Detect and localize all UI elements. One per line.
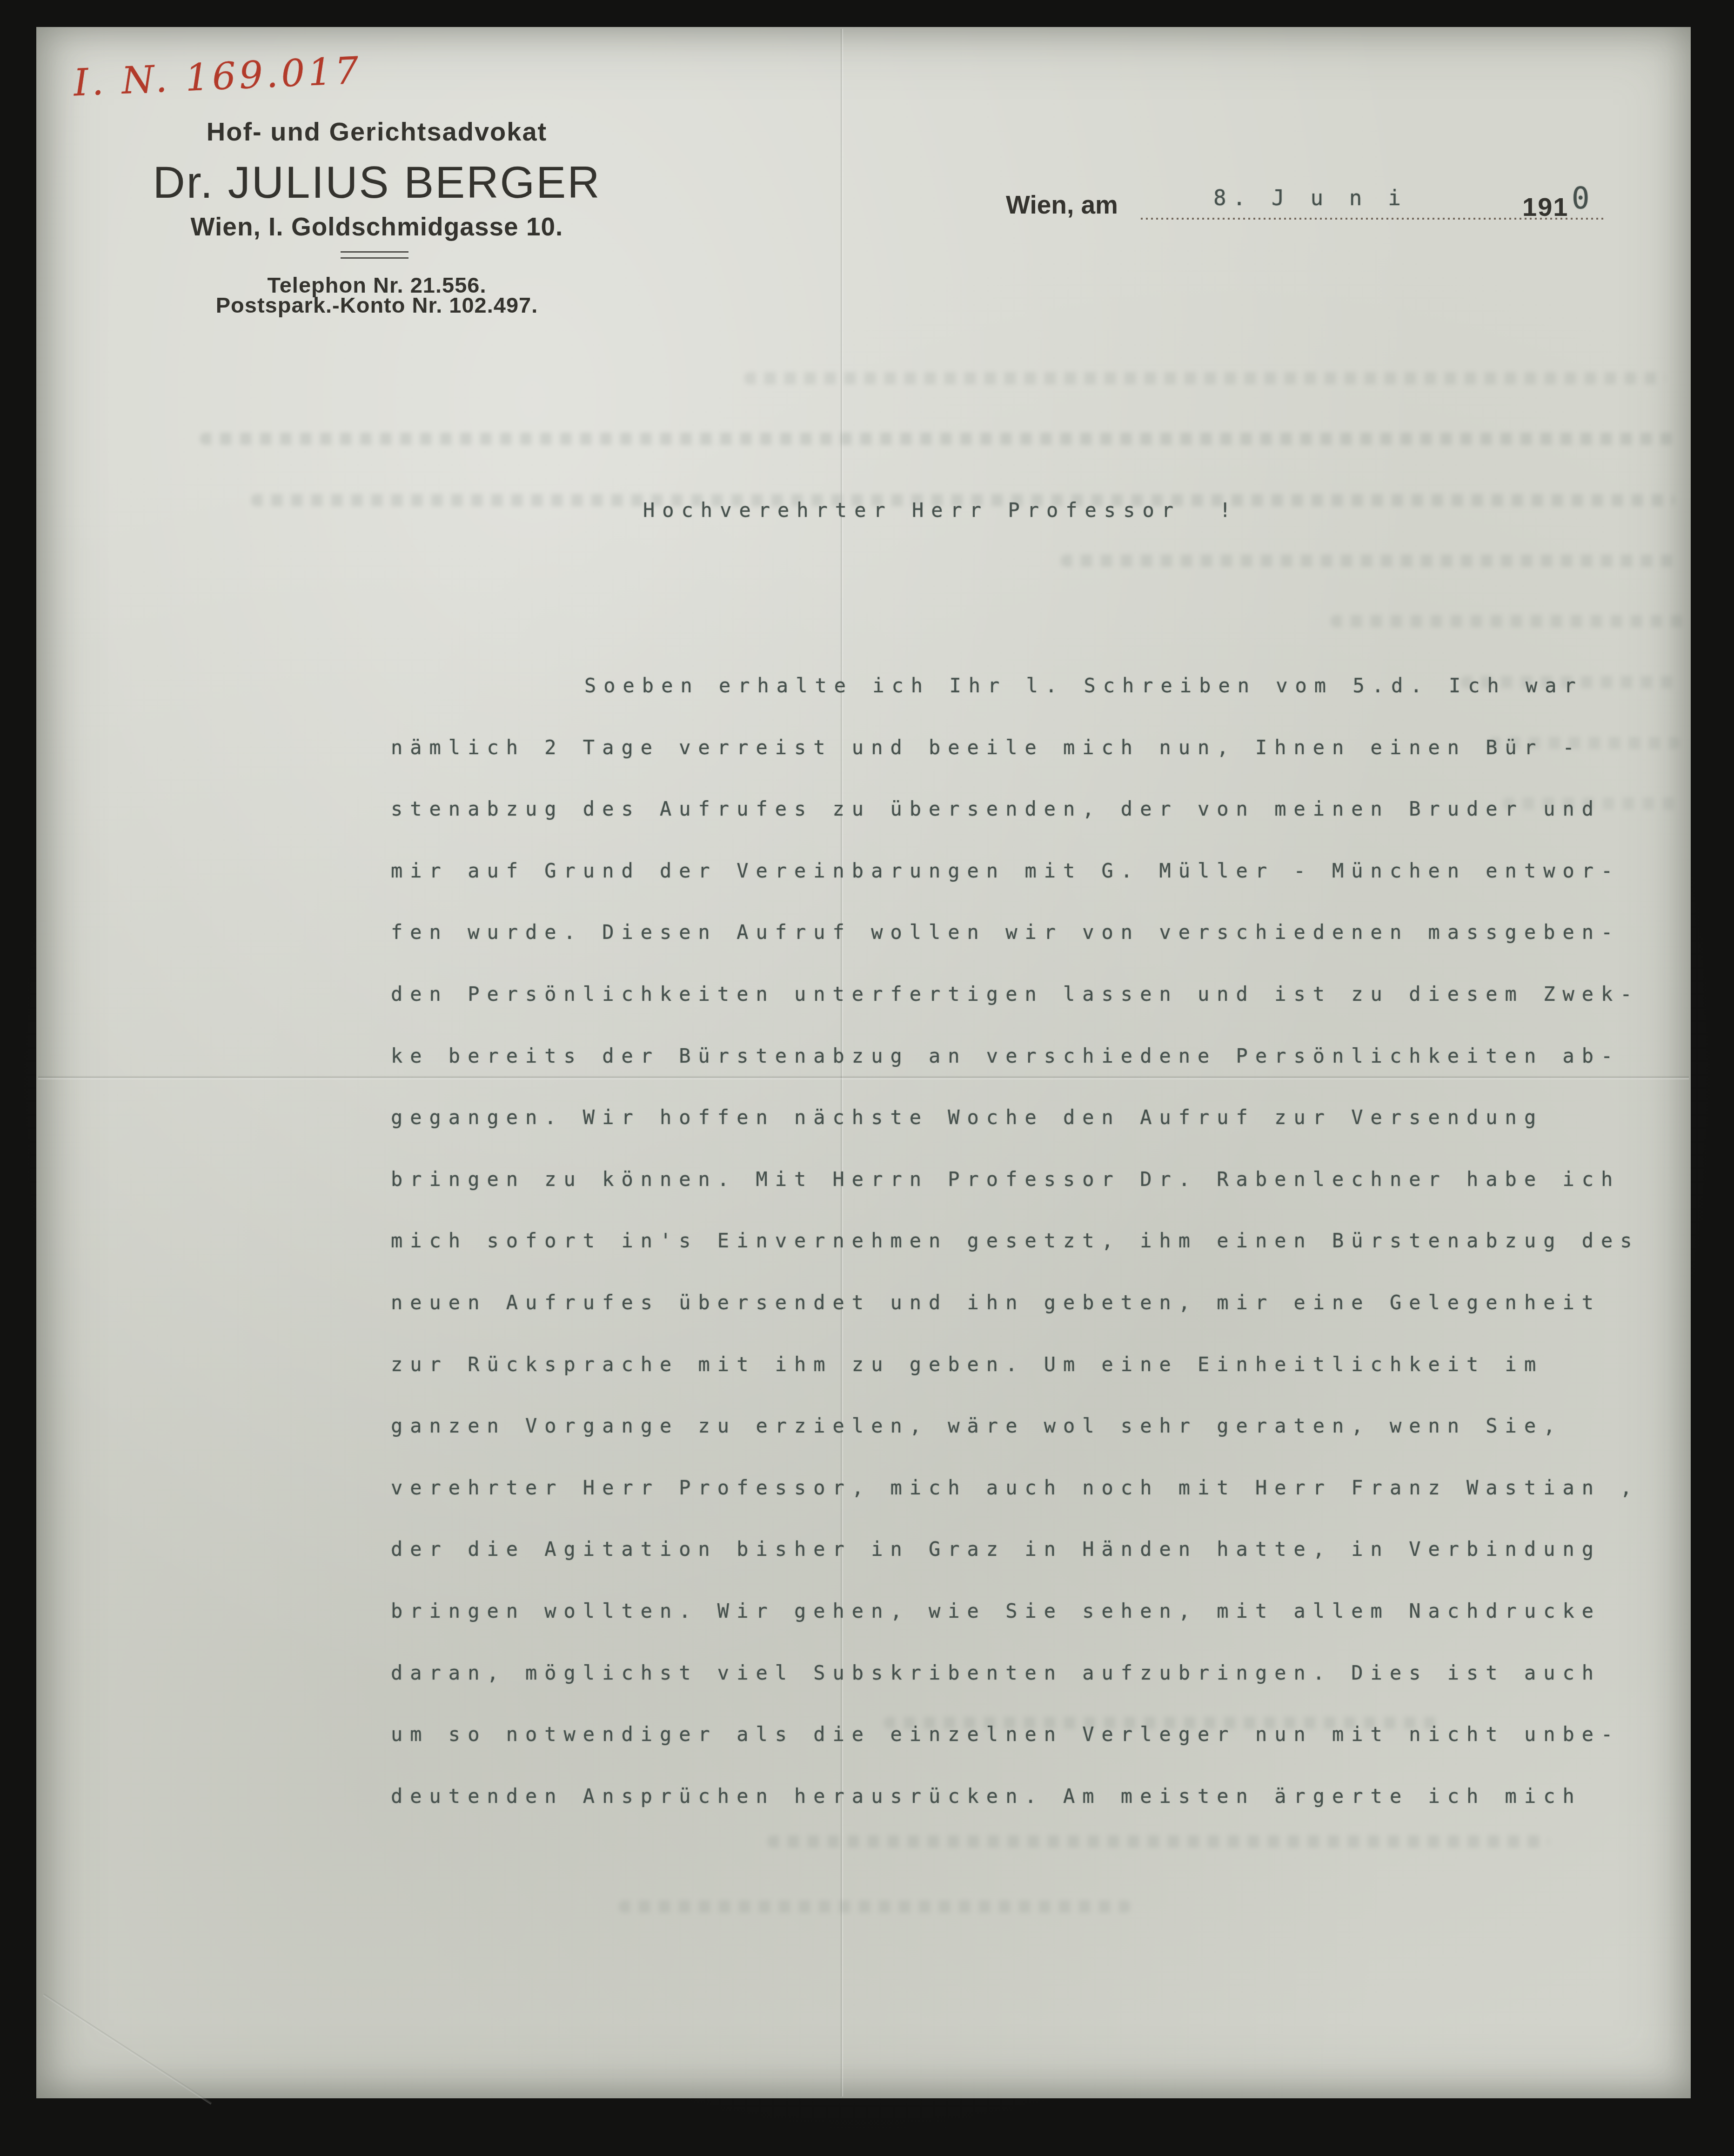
body-line: gegangen. Wir hoffen nächste Woche den A… xyxy=(391,1087,1675,1149)
body-line: deutenden Ansprüchen herausrücken. Am me… xyxy=(391,1766,1675,1828)
body-line: ke bereits der Bürstenabzug an verschied… xyxy=(391,1025,1675,1087)
body-line: fen wurde. Diesen Aufruf wollen wir von … xyxy=(391,902,1675,964)
salutation: Hochverehrter Herr Professor ! xyxy=(643,499,1239,522)
body-line: zur Rücksprache mit ihm zu geben. Um ein… xyxy=(391,1334,1675,1396)
letter-scan: I. N. 169.017 Hof- und Gerichtsadvokat D… xyxy=(0,0,1734,2156)
letter-body: Soeben erhalte ich Ihr l. Schreiben vom … xyxy=(391,655,1675,1827)
body-line: verehrter Herr Professor, mich auch noch… xyxy=(391,1457,1675,1519)
letterhead-address: Wien, I. Goldschmidgasse 10. xyxy=(74,212,679,241)
letterhead-name: Dr. JULIUS BERGER xyxy=(74,157,679,208)
body-line: stenabzug des Aufrufes zu übersenden, de… xyxy=(391,778,1675,840)
letterhead-profession: Hof- und Gerichtsadvokat xyxy=(74,116,679,147)
body-line: Soeben erhalte ich Ihr l. Schreiben vom … xyxy=(391,655,1675,717)
body-line: daran, möglichst viel Subskribenten aufz… xyxy=(391,1642,1675,1704)
body-line: bringen wollten. Wir gehen, wie Sie sehe… xyxy=(391,1580,1675,1642)
dateline-typed-year-digit: 0 xyxy=(1572,181,1590,216)
body-line: den Persönlichkeiten unterfertigen lasse… xyxy=(391,964,1675,1025)
body-line: mich sofort in's Einvernehmen gesetzt, i… xyxy=(391,1210,1675,1272)
body-line: um so notwendiger als die einzelnen Verl… xyxy=(391,1704,1675,1766)
body-line: bringen zu können. Mit Herrn Professor D… xyxy=(391,1149,1675,1211)
body-line: neuen Aufrufes übersendet und ihn gebete… xyxy=(391,1272,1675,1334)
dateline-printed-year: 191 xyxy=(1522,192,1568,222)
body-line: nämlich 2 Tage verreist und beeile mich … xyxy=(391,717,1675,779)
dateline-printed-prefix: Wien, am xyxy=(1006,190,1118,220)
body-line: der die Agitation bisher in Graz in Händ… xyxy=(391,1519,1675,1580)
body-line: ganzen Vorgange zu erzielen, wäre wol se… xyxy=(391,1395,1675,1457)
body-line: mir auf Grund der Vereinbarungen mit G. … xyxy=(391,840,1675,902)
letterhead-double-rule xyxy=(341,251,408,259)
letterhead-postal-account: Postspark.-Konto Nr. 102.497. xyxy=(74,292,679,318)
dateline-typed-day-month: 8. J u n i xyxy=(1213,185,1407,210)
